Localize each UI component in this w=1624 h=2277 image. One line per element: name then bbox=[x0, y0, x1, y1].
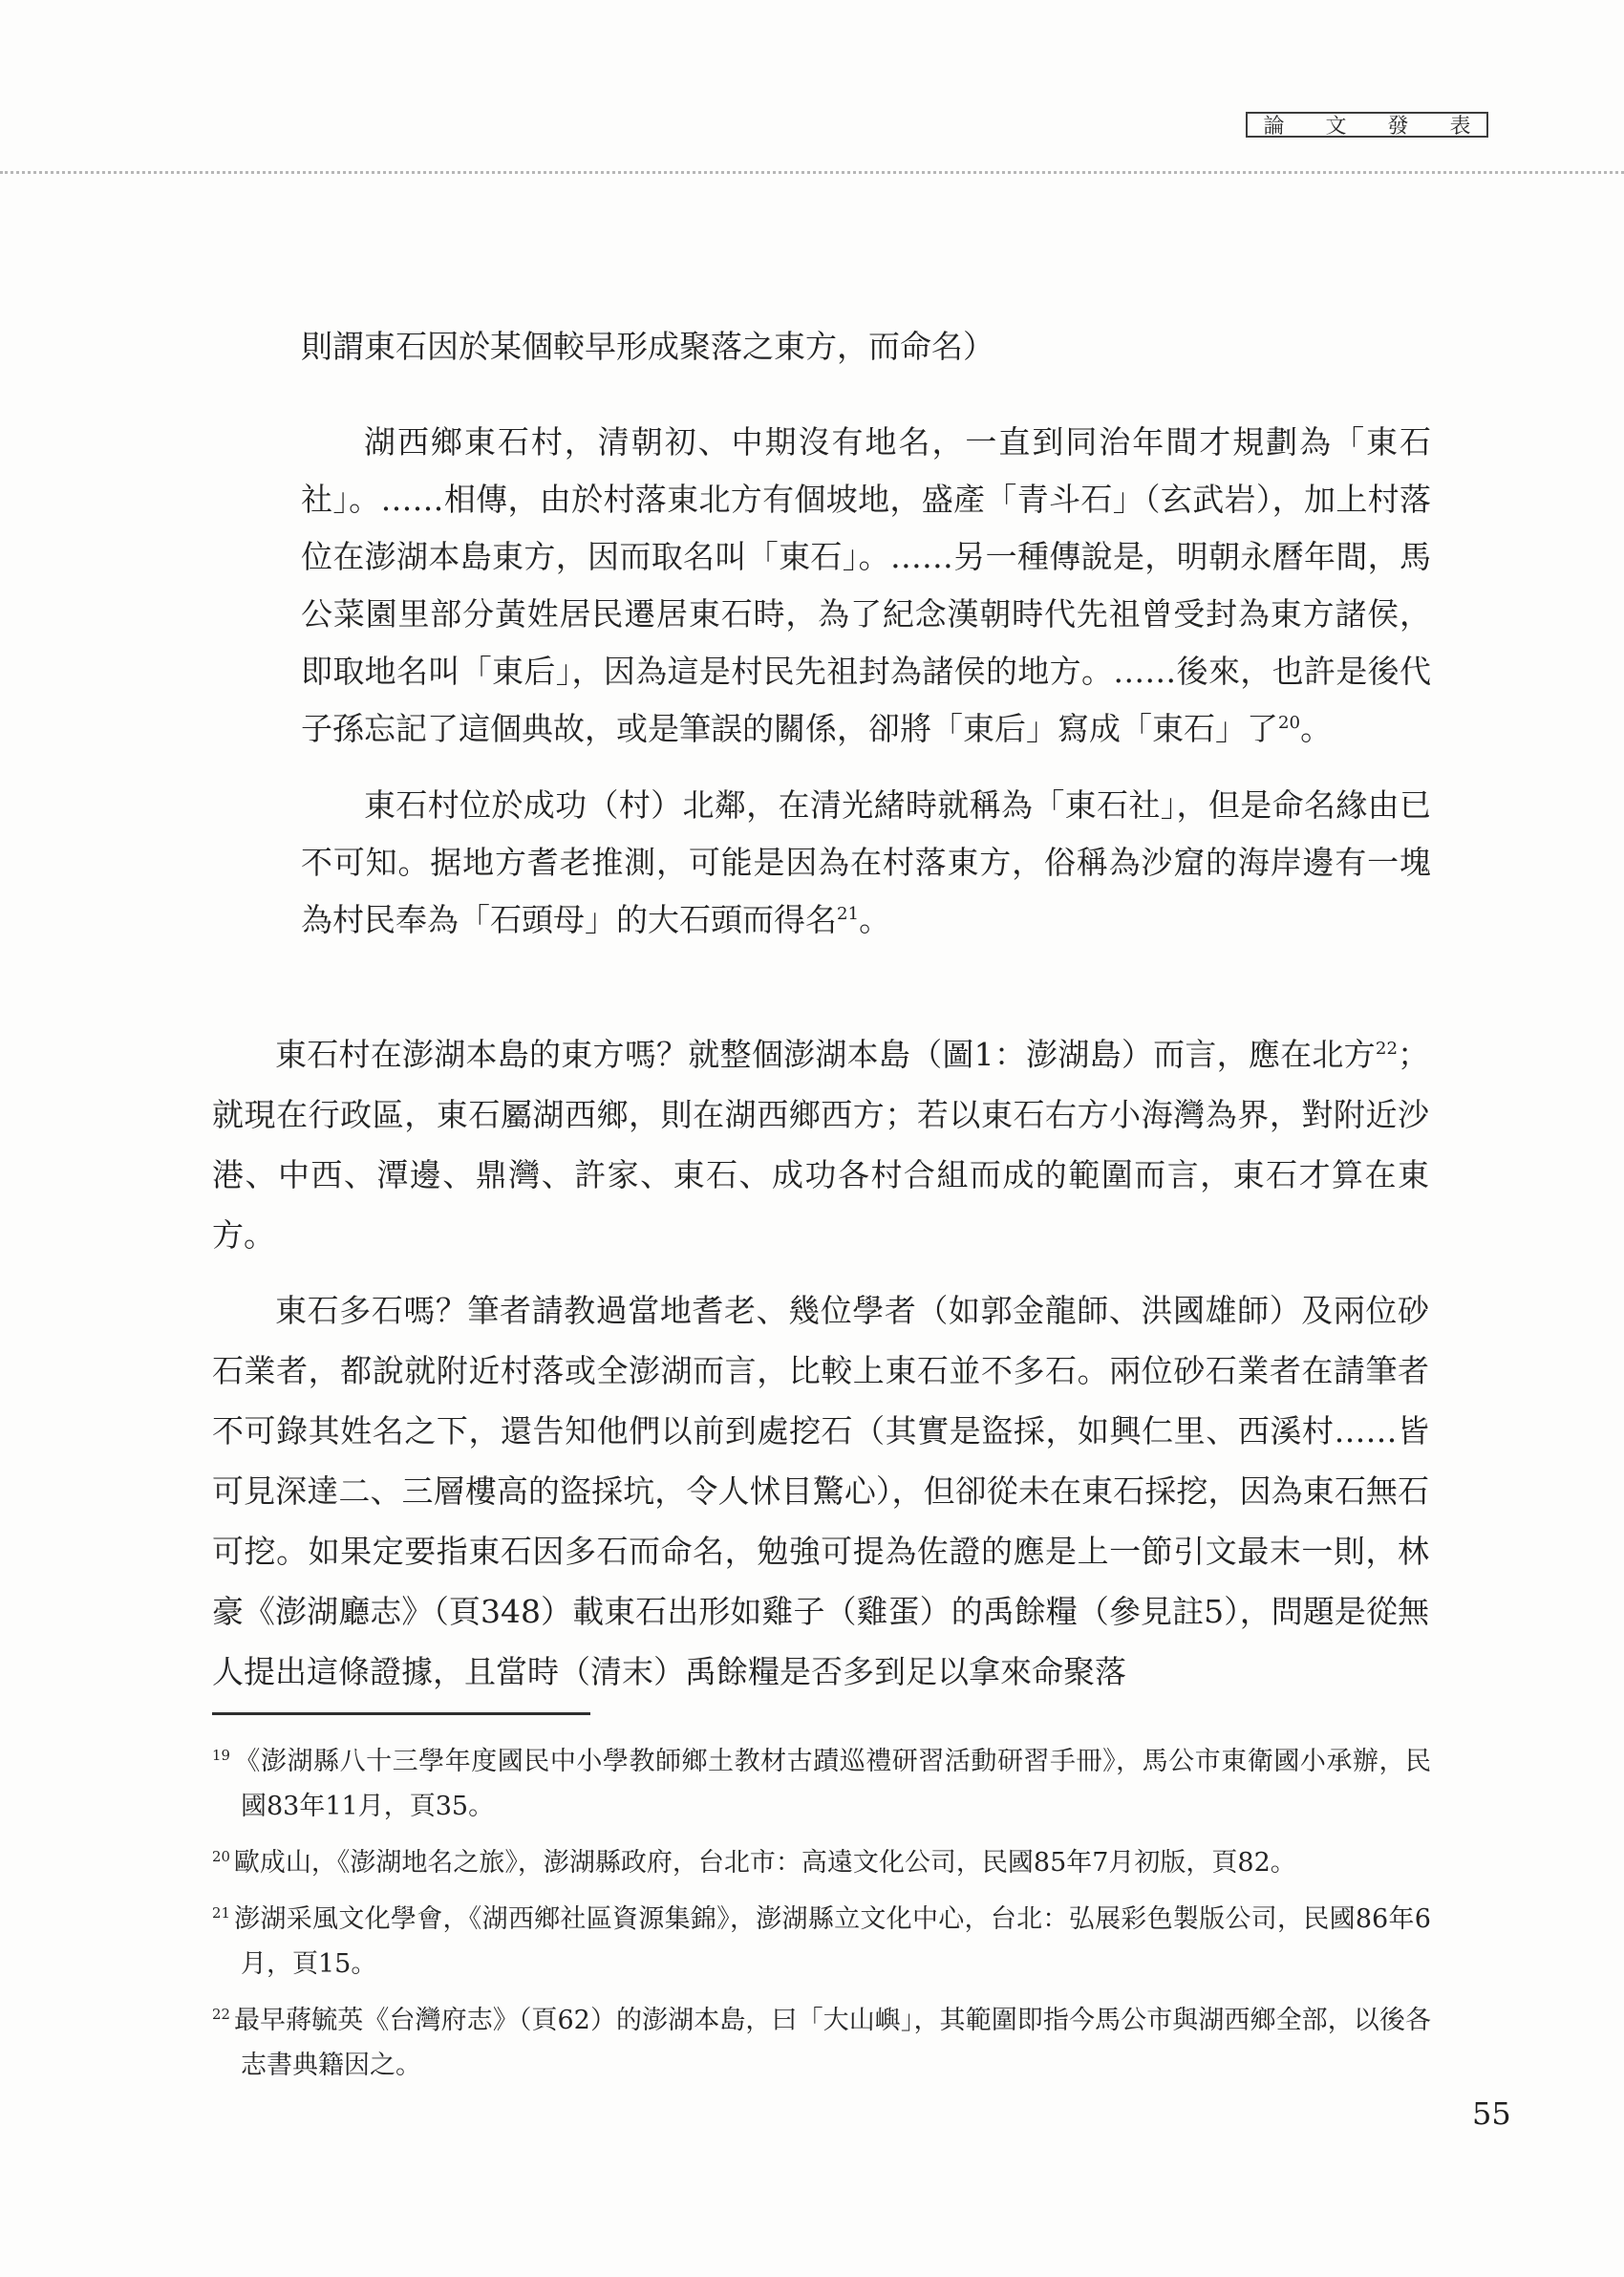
footnote-ref: 22 bbox=[1376, 1039, 1398, 1059]
body-text: 東石村在澎湖本島的東方嗎？就整個澎湖本島（圖1：澎湖島）而言，應在北方22；就現… bbox=[212, 999, 1429, 1702]
block-quote: 則謂東石因於某個較早形成聚落之東方，而命名）湖西鄉東石村，清朝初、中期沒有地名，… bbox=[301, 318, 1431, 949]
text-run: 。 bbox=[1300, 710, 1332, 747]
section-header-label: 論 文 發 表 bbox=[1247, 110, 1488, 140]
footnotes-section: 19《澎湖縣八十三學年度國民中小學教師鄉土教材古蹟巡禮研習活動研習手冊》，馬公市… bbox=[212, 1728, 1431, 2088]
footnote-item: 21澎湖采風文化學會，《湖西鄉社區資源集錦》，澎湖縣立文化中心，台北：弘展彩色製… bbox=[212, 1897, 1431, 1987]
footnote-number: 22 bbox=[212, 2006, 230, 2023]
paragraph: 則謂東石因於某個較早形成聚落之東方，而命名） bbox=[301, 318, 1431, 376]
footnote-number: 19 bbox=[212, 1747, 230, 1764]
footnote-separator bbox=[212, 1712, 590, 1715]
page-number: 55 bbox=[1472, 2095, 1511, 2132]
paragraph: 東石多石嗎？筆者請教過當地耆老、幾位學者（如郭金龍師、洪國雄師）及兩位砂石業者，… bbox=[212, 1280, 1429, 1702]
document-page: 論 文 發 表 則謂東石因於某個較早形成聚落之東方，而命名）湖西鄉東石村，清朝初… bbox=[0, 0, 1624, 2277]
footnote-item: 19《澎湖縣八十三學年度國民中小學教師鄉土教材古蹟巡禮研習活動研習手冊》，馬公市… bbox=[212, 1739, 1431, 1829]
paragraph: 東石村位於成功（村）北鄰，在清光緒時就稱為「東石社」，但是命名緣由已不可知。据地… bbox=[301, 777, 1431, 949]
footnote-text: 歐成山，《澎湖地名之旅》，澎湖縣政府，台北市：高遠文化公司，民國85年7月初版，… bbox=[234, 1848, 1296, 1878]
footnote-ref: 20 bbox=[1278, 713, 1300, 733]
text-run: 。 bbox=[859, 901, 890, 938]
paragraph: 東石村在澎湖本島的東方嗎？就整個澎湖本島（圖1：澎湖島）而言，應在北方22；就現… bbox=[212, 1024, 1429, 1265]
footnote-ref: 21 bbox=[837, 904, 859, 924]
text-run: 東石村在澎湖本島的東方嗎？就整個澎湖本島（圖1：澎湖島）而言，應在北方 bbox=[275, 1036, 1376, 1073]
footnote-item: 22最早蔣毓英《台灣府志》（頁62）的澎湖本島，曰「大山嶼」，其範圍即指今馬公市… bbox=[212, 1998, 1431, 2088]
footnote-text: 最早蔣毓英《台灣府志》（頁62）的澎湖本島，曰「大山嶼」，其範圍即指今馬公市與湖… bbox=[234, 2006, 1431, 2080]
paragraph: 湖西鄉東石村，清朝初、中期沒有地名，一直到同治年間才規劃為「東石社」。……相傳，… bbox=[301, 414, 1431, 758]
section-header-box: 論 文 發 表 bbox=[1246, 112, 1488, 138]
footnote-text: 澎湖采風文化學會，《湖西鄉社區資源集錦》，澎湖縣立文化中心，台北：弘展彩色製版公… bbox=[234, 1904, 1431, 1979]
footnote-number: 20 bbox=[212, 1848, 230, 1865]
text-run: 湖西鄉東石村，清朝初、中期沒有地名，一直到同治年間才規劃為「東石社」。……相傳，… bbox=[301, 423, 1431, 747]
text-run: 東石多石嗎？筆者請教過當地耆老、幾位學者（如郭金龍師、洪國雄師）及兩位砂石業者，… bbox=[212, 1292, 1429, 1690]
footnote-item: 20歐成山，《澎湖地名之旅》，澎湖縣政府，台北市：高遠文化公司，民國85年7月初… bbox=[212, 1840, 1431, 1885]
footnote-number: 21 bbox=[212, 1904, 230, 1922]
header-dotted-divider bbox=[0, 171, 1624, 174]
text-run: 則謂東石因於某個較早形成聚落之東方，而命名） bbox=[301, 328, 994, 365]
footnote-text: 《澎湖縣八十三學年度國民中小學教師鄉土教材古蹟巡禮研習活動研習手冊》，馬公市東衛… bbox=[234, 1747, 1431, 1821]
